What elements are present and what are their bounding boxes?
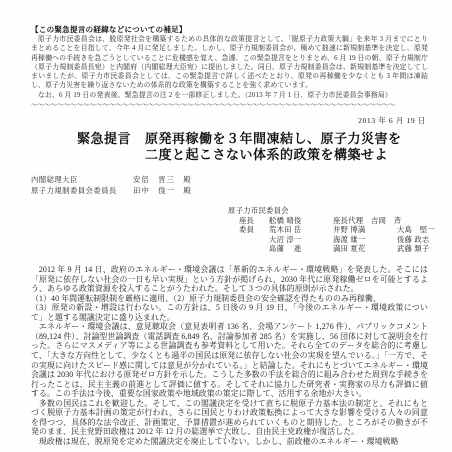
- supplement-note: なお、6 月 19 日の発表後、緊急提言の注 2 を一部修正しました。（2013…: [31, 91, 428, 100]
- addressee-name: 田中 俊一 殿: [133, 186, 192, 197]
- committee-name: 原子力市民委員会: [228, 206, 428, 216]
- tilde-divider: ～～～～～～～～～～～～～～～～～～～～～～～～～～～～～～～～～～～～～～～～…: [31, 101, 428, 109]
- body-paragraph-1-item-3: （3）原発の新設・増設は行わない。この方針は、5 日後の 9 月 19 日、「今…: [31, 303, 428, 322]
- date-line: 2013 年 6 月 19 日: [31, 116, 426, 126]
- body-text: 2012 年 9 月 14 日、政府のエネルギー・環境会議は「革新的エネルギー・…: [31, 265, 428, 446]
- member-name: 荒木田 岳: [269, 225, 333, 235]
- committee-chair-row: 座長 舩橋 晴俊 座長代理 吉岡 斉: [239, 216, 428, 226]
- committee-member-row: 大沼 淳一 海渡 雄一 後藤 政志: [239, 235, 428, 245]
- member-name: 後藤 政志: [397, 235, 452, 245]
- member-name: 島薗 進: [269, 244, 333, 254]
- page-number: - 1 -: [0, 433, 452, 441]
- supplement-body: 原子力市民委員会は、脱原発社会を構築するための具体的な政策提言として、「脱原子力…: [31, 35, 428, 91]
- member-name: 満田 夏花: [333, 244, 397, 254]
- body-paragraph-1-item-1-2: （1）40 年間運転制限制を厳格に適用、（2）原子力規制委員会の安全確認を得たも…: [31, 294, 428, 304]
- title-lines: 原発再稼働を３年間凍結し、原子力災害を 二度と起こさない体系的政策を構築せよ: [145, 131, 402, 162]
- addressee-role: 内閣総理大臣: [31, 175, 133, 186]
- chair-name: 舩橋 晴俊: [269, 216, 333, 226]
- member-name: 大島 堅一: [397, 225, 452, 235]
- supplement-heading: 【この緊急提言の経緯などについての補足】: [31, 25, 428, 35]
- document-title: 緊急提言 原発再稼働を３年間凍結し、原子力災害を 二度と起こさない体系的政策を構…: [77, 131, 428, 162]
- supplement-box: 【この緊急提言の経緯などについての補足】 原子力市民委員会は、脱原発社会を構築す…: [31, 25, 428, 109]
- member-name: 武藤 類子: [397, 244, 452, 254]
- member-name: 井野 博満: [333, 225, 397, 235]
- member-label: 委員: [239, 225, 269, 235]
- document-page: 【この緊急提言の経緯などについての補足】 原子力市民委員会は、脱原発社会を構築す…: [0, 0, 452, 452]
- addressee-row-pm: 内閣総理大臣 安倍 晋三 殿: [31, 175, 428, 186]
- body-paragraph-2: エネルギー・環境会議は、意見聴取会（意見表明者 136 名、会場アンケート 1,…: [31, 322, 428, 398]
- body-paragraph-1: 2012 年 9 月 14 日、政府のエネルギー・環境会議は「革新的エネルギー・…: [31, 265, 428, 294]
- body-paragraph-3: 多数の国民はこれを歓迎した。そして、この閣議決定を受けて直ちに脱原子力基本法の制…: [31, 399, 428, 437]
- addressee-row-nra: 原子力規制委員会委員長 田中 俊一 殿: [31, 186, 428, 197]
- committee-member-row: 委員 荒木田 岳 井野 博満 大島 堅一: [239, 225, 428, 235]
- member-label-spacer: [239, 244, 269, 254]
- deputy-chair: 座長代理 吉岡 斉: [333, 216, 401, 226]
- committee-member-row: 島薗 進 満田 夏花 武藤 類子: [239, 244, 428, 254]
- member-name: 大沼 淳一: [269, 235, 333, 245]
- addressee-role: 原子力規制委員会委員長: [31, 186, 133, 197]
- chair-label: 座長: [239, 216, 269, 226]
- addressee-block: 内閣総理大臣 安倍 晋三 殿 原子力規制委員会委員長 田中 俊一 殿: [31, 175, 428, 196]
- title-line-1: 原発再稼働を３年間凍結し、原子力災害を: [145, 131, 402, 147]
- addressee-name: 安倍 晋三 殿: [133, 175, 192, 186]
- committee-block: 原子力市民委員会 座長 舩橋 晴俊 座長代理 吉岡 斉 委員 荒木田 岳 井野 …: [228, 206, 428, 254]
- title-line-2: 二度と起こさない体系的政策を構築せよ: [145, 147, 402, 163]
- title-label: 緊急提言: [77, 131, 131, 147]
- member-name: 海渡 雄一: [333, 235, 397, 245]
- member-label-spacer: [239, 235, 269, 245]
